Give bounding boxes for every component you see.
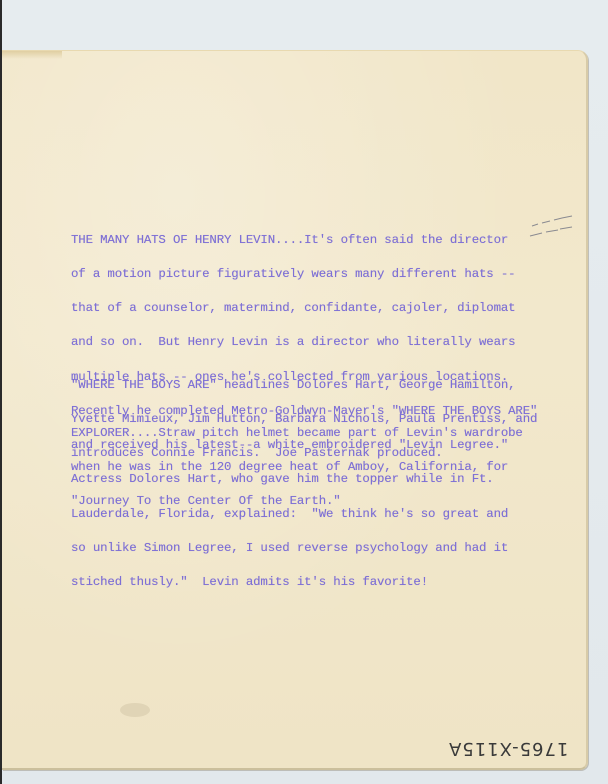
text-line: "Journey To the Center Of the Earth." xyxy=(71,496,523,507)
text-line: that of a counselor, matermind, confidan… xyxy=(71,303,537,314)
text-line: EXPLORER....Straw pitch helmet became pa… xyxy=(71,428,523,439)
text-line: stiched thusly." Levin admits it's his f… xyxy=(71,577,537,588)
text-line: "WHERE THE BOYS ARE" headlines Dolores H… xyxy=(71,380,537,391)
text-line: and so on. But Henry Levin is a director… xyxy=(71,337,537,348)
paragraph-explorer: EXPLORER....Straw pitch helmet became pa… xyxy=(71,405,523,519)
text-line: of a motion picture figuratively wears m… xyxy=(71,269,537,280)
text-line: so unlike Simon Legree, I used reverse p… xyxy=(71,543,537,554)
pencil-margin-mark xyxy=(528,214,574,238)
paper-stain xyxy=(120,703,150,717)
text-line: when he was in the 120 degree heat of Am… xyxy=(71,462,523,473)
handwritten-catalog-number: 1765-X115A xyxy=(448,738,568,759)
paper-edge-wear xyxy=(2,51,62,59)
text-line: THE MANY HATS OF HENRY LEVIN....It's oft… xyxy=(71,235,537,246)
